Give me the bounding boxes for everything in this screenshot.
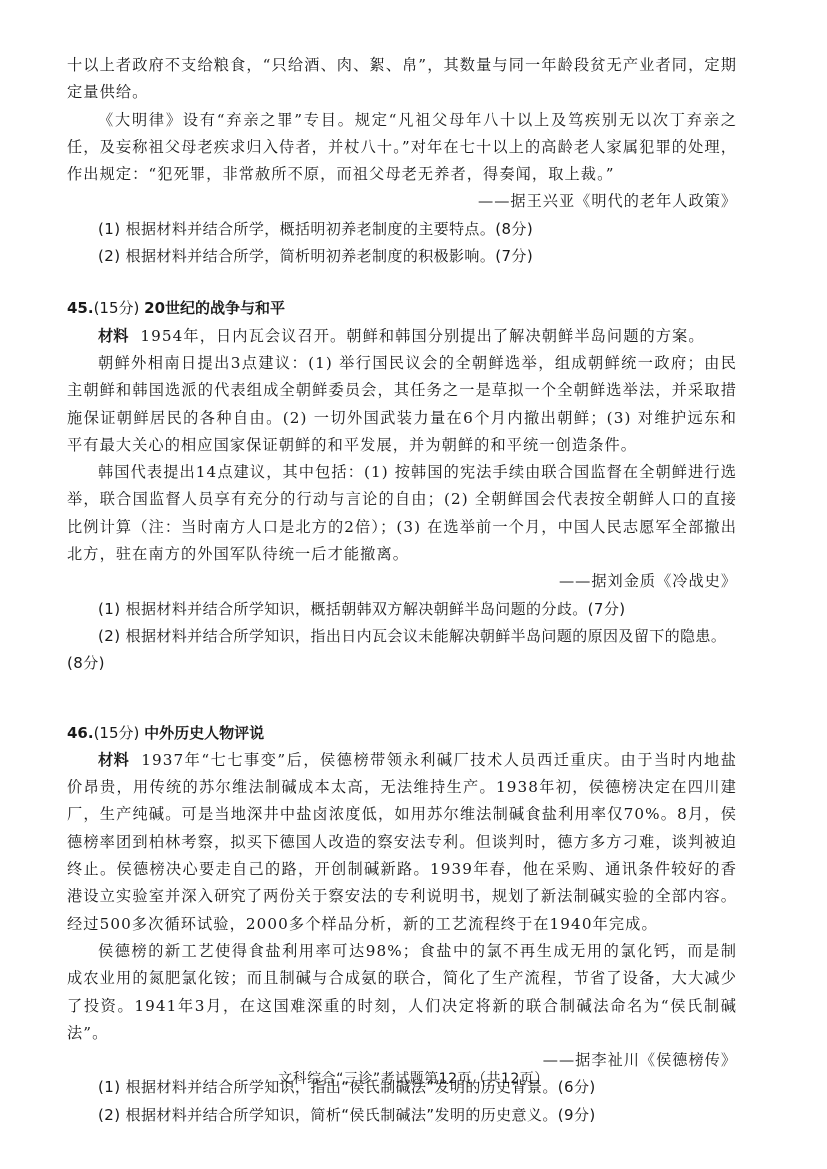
material-label: 材料	[98, 327, 128, 345]
material-paragraph: 朝鲜外相南日提出3点建议：(1) 举行国民议会的全朝鲜选举，组成朝鲜统一政府；由…	[67, 350, 737, 459]
sub-question-1: (1) 根据材料并结合所学知识，概括朝韩双方解决朝鲜半岛问题的分歧。(7分)	[67, 596, 737, 623]
question-45: 45.(15分) 20世纪的战争与和平 材料1954年，日内瓦会议召开。朝鲜和韩…	[67, 295, 737, 677]
material-paragraph: 材料1937年“七七事变”后，侯德榜带领永利碱厂技术人员西迁重庆。由于当时内地盐…	[67, 747, 737, 938]
question-heading: 45.(15分) 20世纪的战争与和平	[67, 295, 737, 322]
question-number: 46.	[67, 724, 94, 742]
material-paragraph: 韩国代表提出14点建议，其中包括：(1) 按韩国的宪法手续由联合国监督在全朝鲜进…	[67, 459, 737, 568]
question-points: (15分)	[94, 724, 140, 742]
sub-question-1: (1) 根据材料并结合所学，概括明初养老制度的主要特点。(8分)	[67, 216, 737, 243]
material-source: ——据刘金质《冷战史》	[67, 568, 737, 595]
material-paragraph: 十以上者政府不支给粮食，“只给酒、肉、絮、帛”，其数量与同一年龄段贫无产业者同，…	[67, 52, 737, 107]
material-paragraph: 侯德榜的新工艺使得食盐利用率可达98%；食盐中的氯不再生成无用的氯化钙，而是制成…	[67, 938, 737, 1047]
material-text: 1954年，日内瓦会议召开。朝鲜和韩国分别提出了解决朝鲜半岛问题的方案。	[140, 327, 704, 345]
question-heading: 46.(15分) 中外历史人物评说	[67, 720, 737, 747]
sub-question-2: (2) 根据材料并结合所学知识，指出日内瓦会议未能解决朝鲜半岛问题的原因及留下的…	[67, 623, 737, 678]
question-44-continuation: 十以上者政府不支给粮食，“只给酒、肉、絮、帛”，其数量与同一年龄段贫无产业者同，…	[67, 52, 737, 270]
material-text: 1937年“七七事变”后，侯德榜带领永利碱厂技术人员西迁重庆。由于当时内地盐价昂…	[67, 751, 737, 933]
material-paragraph: 材料1954年，日内瓦会议召开。朝鲜和韩国分别提出了解决朝鲜半岛问题的方案。	[67, 323, 737, 350]
question-points: (15分)	[94, 299, 140, 317]
material-source: ——据王兴亚《明代的老年人政策》	[67, 188, 737, 215]
material-label: 材料	[98, 751, 129, 769]
exam-page: 十以上者政府不支给粮食，“只给酒、肉、絮、帛”，其数量与同一年龄段贫无产业者同，…	[67, 52, 737, 1129]
question-title: 中外历史人物评说	[144, 724, 264, 742]
material-paragraph: 《大明律》设有“弃亲之罪”专目。规定“凡祖父母年八十以上及笃疾别无以次丁弃亲之任…	[67, 107, 737, 189]
sub-question-2: (2) 根据材料并结合所学，简析明初养老制度的积极影响。(7分)	[67, 243, 737, 270]
question-title: 20世纪的战争与和平	[144, 299, 285, 317]
question-number: 45.	[67, 299, 94, 317]
page-footer: 文科综合“三诊”考试题第12页（共12页）	[0, 1068, 827, 1088]
sub-question-2: (2) 根据材料并结合所学知识，简析“侯氏制碱法”发明的历史意义。(9分)	[67, 1102, 737, 1129]
